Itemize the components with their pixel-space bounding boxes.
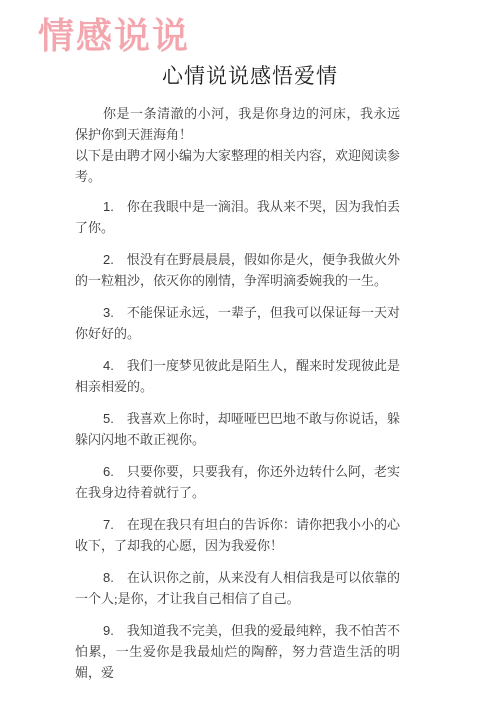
article-title: 心情说说感悟爱情 (0, 62, 500, 90)
quote-item: 8.在认识你之前，从来没有人相信我是可以依靠的一个人;是你，才让我自己相信了自己… (75, 567, 400, 609)
quote-number: 2. (103, 252, 114, 267)
quote-item: 9.我知道我不完美，但我的爱最纯粹，我不怕苦不怕累，一生爱你是我最灿烂的陶醉，努… (75, 620, 400, 683)
quote-number: 3. (103, 305, 114, 320)
quote-item: 5.我喜欢上你时，却哑哑巴巴地不敢与你说话，躲躲闪闪地不敢正视你。 (75, 408, 400, 450)
quote-item: 7.在现在我只有坦白的告诉你：请你把我小小的心收下，了却我的心愿，因为我爱你！ (75, 514, 400, 556)
quote-text: 只要你要，只要我有，你还外边转什么阿，老实在我身边待着就行了。 (75, 464, 400, 500)
quote-number: 5. (103, 411, 114, 426)
quote-item: 4.我们一度梦见彼此是陌生人，醒来时发现彼此是相亲相爱的。 (75, 355, 400, 397)
brand-logo-watermark: 情感说说 (38, 16, 190, 56)
quote-number: 7. (103, 517, 114, 532)
document-page: 情感说说 心情说说感悟爱情 你是一条清澈的小河，我是你身边的河床，我永远保护你到… (0, 0, 500, 708)
quote-text: 我们一度梦见彼此是陌生人，醒来时发现彼此是相亲相爱的。 (75, 358, 400, 394)
quote-number: 6. (103, 464, 114, 479)
quote-item: 3.不能保证永远，一辈子，但我可以保证每一天对你好好的。 (75, 302, 400, 344)
quote-text: 在认识你之前，从来没有人相信我是可以依靠的一个人;是你，才让我自己相信了自己。 (75, 570, 400, 606)
quote-list: 1.你在我眼中是一滴泪。我从来不哭，因为我怕丢了你。 2.恨没有在野晨晨晨，假如… (75, 196, 400, 683)
quote-text: 在现在我只有坦白的告诉你：请你把我小小的心收下，了却我的心愿，因为我爱你！ (75, 517, 400, 553)
quote-number: 1. (103, 199, 114, 214)
quote-text: 恨没有在野晨晨晨，假如你是火，便争我做火外的一粒粗沙，依灭你的刚情，争浑明滴委婉… (75, 252, 400, 288)
quote-text: 不能保证永远，一辈子，但我可以保证每一天对你好好的。 (75, 305, 400, 341)
quote-number: 4. (103, 358, 114, 373)
source-note: 以下是由聘才网小编为大家整理的相关内容，欢迎阅读参考。 (75, 145, 400, 187)
quote-item: 1.你在我眼中是一滴泪。我从来不哭，因为我怕丢了你。 (75, 196, 400, 238)
quote-item: 6.只要你要，只要我有，你还外边转什么阿，老实在我身边待着就行了。 (75, 461, 400, 503)
article-body: 你是一条清澈的小河，我是你身边的河床，我永远保护你到天涯海角！ 以下是由聘才网小… (0, 90, 500, 683)
quote-number: 9. (103, 623, 114, 638)
lead-paragraph: 你是一条清澈的小河，我是你身边的河床，我永远保护你到天涯海角！ (75, 103, 400, 145)
quote-text: 我喜欢上你时，却哑哑巴巴地不敢与你说话，躲躲闪闪地不敢正视你。 (75, 411, 400, 447)
quote-item: 2.恨没有在野晨晨晨，假如你是火，便争我做火外的一粒粗沙，依灭你的刚情，争浑明滴… (75, 249, 400, 291)
quote-text: 我知道我不完美，但我的爱最纯粹，我不怕苦不怕累，一生爱你是我最灿烂的陶醉，努力营… (75, 623, 400, 680)
quote-text: 你在我眼中是一滴泪。我从来不哭，因为我怕丢了你。 (75, 199, 400, 235)
quote-number: 8. (103, 570, 114, 585)
